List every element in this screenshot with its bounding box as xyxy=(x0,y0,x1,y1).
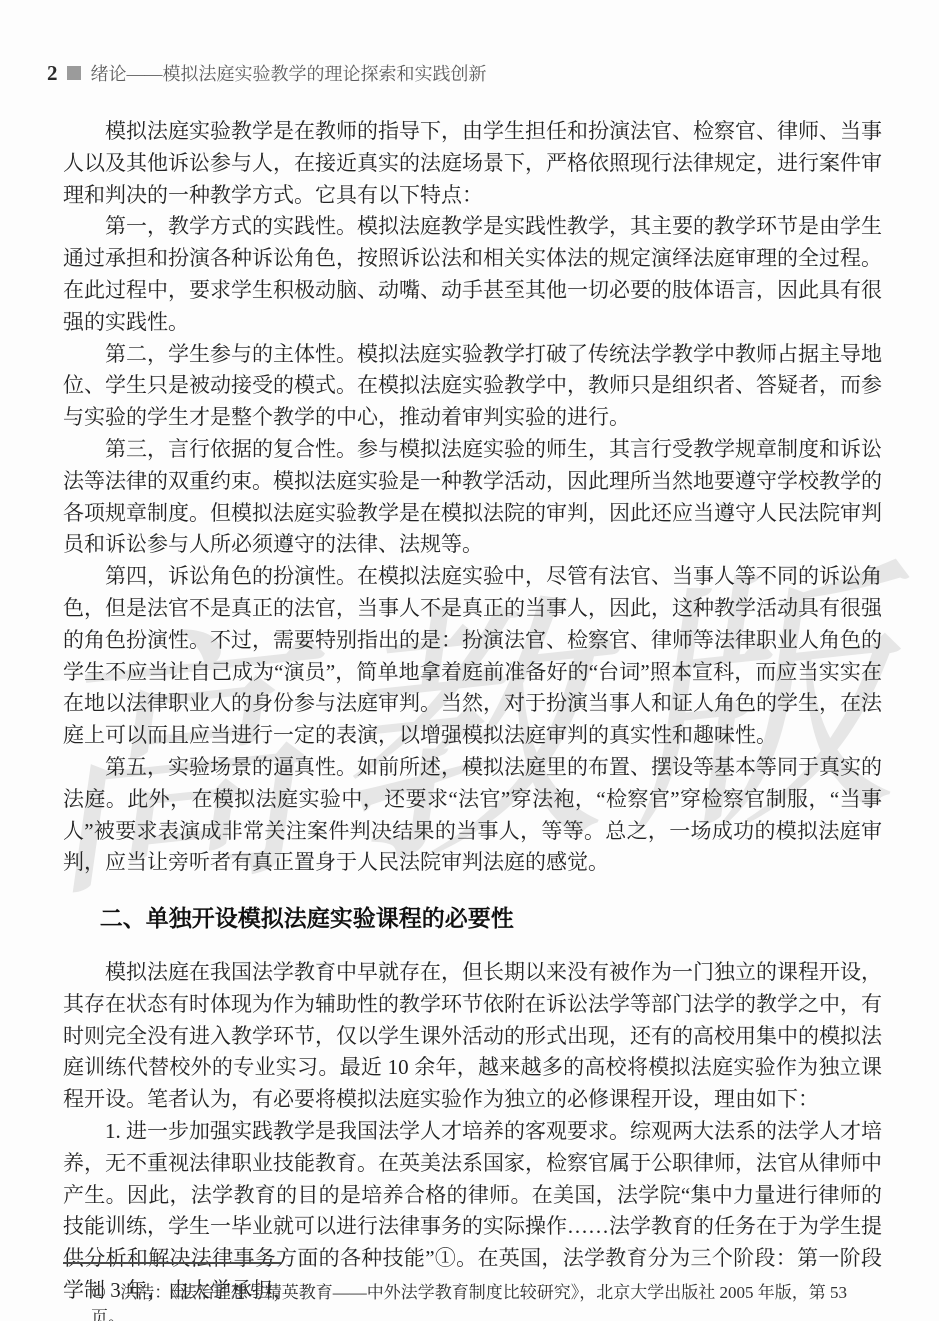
paragraph: 第三，言行依据的复合性。参与模拟法庭实验的师生，其言行受教学规章制度和诉讼法等法… xyxy=(63,434,882,561)
paragraph: 第四，诉讼角色的扮演性。在模拟法庭实验中，尽管有法官、当事人等不同的诉讼角色，但… xyxy=(63,561,882,752)
chapter-title: 绪论——模拟法庭实验教学的理论探索和实践创新 xyxy=(91,60,487,86)
footnote-marker: ① xyxy=(91,1283,106,1302)
footnote-text: 洪浩：《法治理想与精英教育——中外法学教育制度比较研究》，北京大学出版社 200… xyxy=(91,1283,847,1321)
section-heading: 二、单独开设模拟法庭实验课程的必要性 xyxy=(63,903,882,935)
footnote-separator xyxy=(63,1262,281,1264)
footnote-area: ①洪浩：《法治理想与精英教育——中外法学教育制度比较研究》，北京大学出版社 20… xyxy=(63,1262,882,1321)
paragraph: 第五，实验场景的逼真性。如前所述，模拟法庭里的布置、摆设等基本等同于真实的法庭。… xyxy=(63,752,882,879)
paragraph: 模拟法庭实验教学是在教师的指导下，由学生担任和扮演法官、检察官、律师、当事人以及… xyxy=(63,116,882,211)
paragraph: 第一，教学方式的实践性。模拟法庭教学是实践性教学，其主要的教学环节是由学生通过承… xyxy=(63,211,882,338)
page-body: 模拟法庭实验教学是在教师的指导下，由学生担任和扮演法官、检察官、律师、当事人以及… xyxy=(63,116,882,1307)
paragraph: 模拟法庭在我国法学教育中早就存在，但长期以来没有被作为一门独立的课程开设，其存在… xyxy=(63,957,882,1116)
paragraph: 第二，学生参与的主体性。模拟法庭实验教学打破了传统法学教学中教师占据主导地位、学… xyxy=(63,339,882,434)
footnote: ①洪浩：《法治理想与精英教育——中外法学教育制度比较研究》，北京大学出版社 20… xyxy=(63,1278,882,1321)
book-page: 高教版 2 绪论——模拟法庭实验教学的理论探索和实践创新 模拟法庭实验教学是在教… xyxy=(0,0,939,1321)
header-square-icon xyxy=(67,66,81,80)
running-head: 2 绪论——模拟法庭实验教学的理论探索和实践创新 xyxy=(47,60,487,86)
page-number: 2 xyxy=(47,61,58,86)
